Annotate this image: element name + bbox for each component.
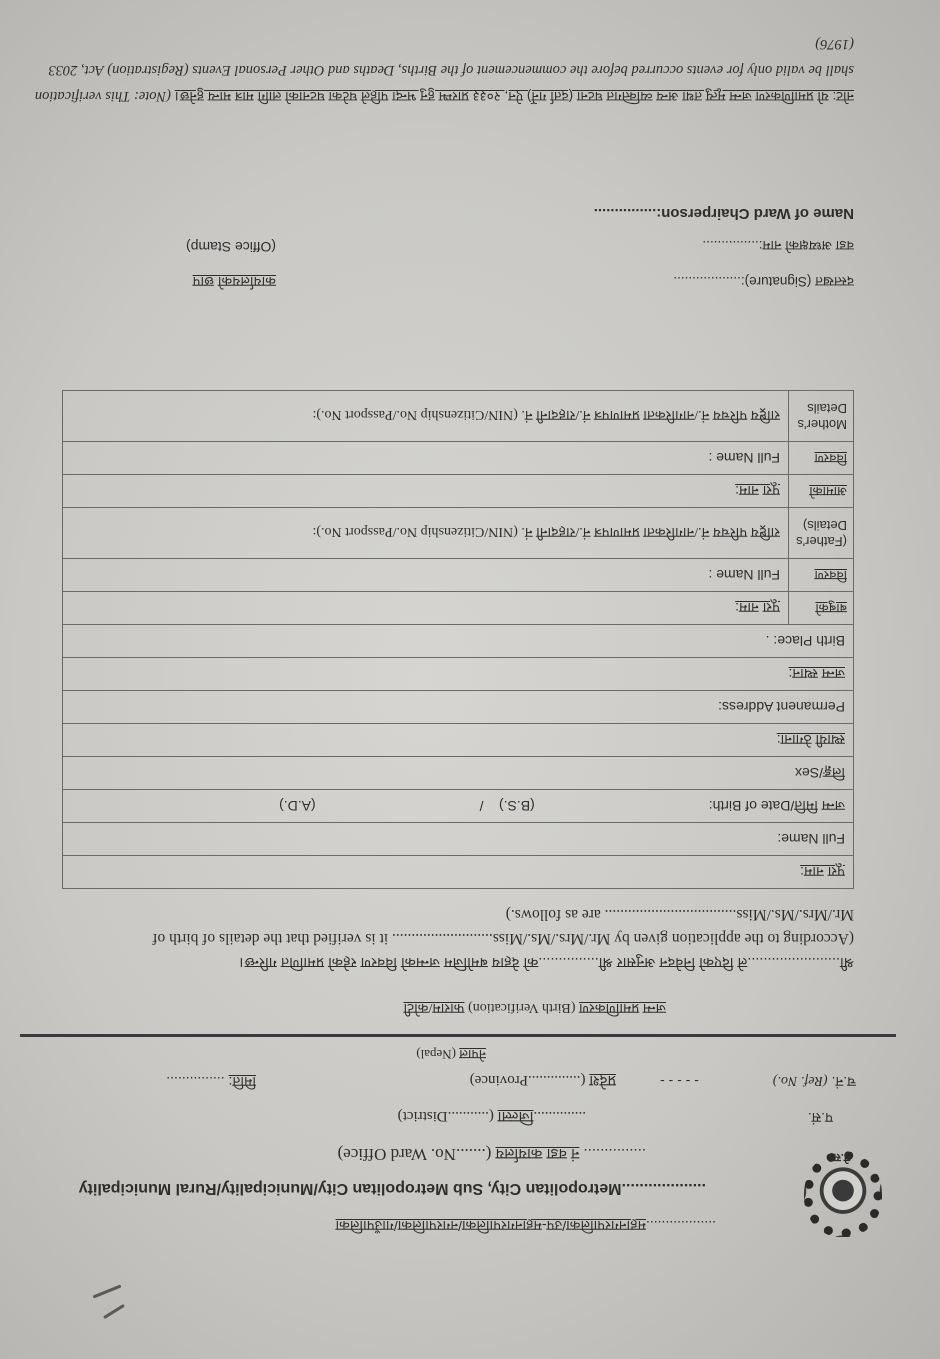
table-row: पूरा नाम: [63,856,854,889]
mother-id-cell: राष्ट्रिय परिचय नं./नागरिकता प्रमाणपत्र … [63,391,789,442]
table-row: विवरण Full Name : [63,442,854,475]
office-stamp-label-np: कार्यालयको छाप [193,272,276,291]
birth-verification-form: ने.स. ..................महानगरपालिका/उप-… [16,0,916,1359]
emblem-label: ने.स. [830,1150,850,1165]
ward-chair-name-np: वडा अध्यक्षको नाम:............... [702,237,854,255]
father-name-en-cell: Full Name : [63,559,789,592]
birth-place-en-cell: Birth Place: . [63,625,854,658]
table-row: लिङ्ग/Sex [63,757,854,790]
date-field: मिति: ............... [166,1072,256,1091]
table-row: Mother's Details राष्ट्रिय परिचय नं./नाग… [63,391,854,442]
table-row: Full Name: [63,823,854,856]
header-divider [20,1034,896,1037]
table-row: (Father's Details) राष्ट्रिय परिचय नं./न… [63,508,854,559]
province-field: प्रदेश (..............Province) [470,1071,616,1091]
father-name-np-cell: पूरा नाम: [63,592,789,625]
table-row: Permanent Address: [63,691,854,724]
form-title: जन्म प्रमाणिकरण (Birth Verification) फार… [403,999,666,1018]
sex-cell: लिङ्ग/Sex [63,757,854,790]
photographed-form: ने.स. ..................महानगरपालिका/उप-… [0,0,940,1359]
birth-details-table: पूरा नाम: Full Name: जन्म मिति/Date of B… [62,390,854,889]
letter-number-label: प.सं. [808,1108,833,1127]
mother-name-en-cell: Full Name : [63,442,789,475]
table-row: आमाको पूरा नाम: [63,475,854,508]
father-side-label-np1: बाबुको [789,592,854,625]
pen-marks [76,1279,136,1319]
statement-np: श्री.......................ले दिएको निवे… [74,950,854,974]
header-ward-office: ............... नं वडा कार्यालय (.......… [338,1144,646,1164]
table-row: बाबुको पूरा नाम: [63,592,854,625]
office-stamp-label-en: (Office Stamp) [186,239,276,255]
full-name-np-cell: पूरा नाम: [63,856,854,889]
permanent-address-np-cell: स्थायी ठेगाना: [63,724,854,757]
ward-chair-name-en: Name of Ward Chairperson:............... [594,205,854,222]
father-side-label-en: (Father's Details) [789,508,854,559]
table-row: जन्म स्थान: [63,658,854,691]
date-of-birth-cell: जन्म मिति/Date of Birth: (B.S.) / (A.D.) [63,790,854,823]
mother-side-label-en: Mother's Details [789,391,854,442]
mother-side-label-np2: विवरण [789,442,854,475]
table-row: विवरण Full Name : [63,559,854,592]
signature-field: दस्तखत (Signature):.................. [673,273,854,291]
mother-side-label-np1: आमाको [789,475,854,508]
permanent-address-en-cell: Permanent Address: [63,691,854,724]
father-id-cell: राष्ट्रिय परिचय नं./नागरिकता प्रमाणपत्र … [63,508,789,559]
full-name-en-cell: Full Name: [63,823,854,856]
country-label: नेपाल (Nepal) [416,1046,486,1064]
district-field: ..............जिल्ला (...........Distric… [398,1107,586,1127]
reference-number-field: च.नं. (Ref. No.) - - - - - [660,1072,856,1091]
note-np: नोट: यो प्रमाणिकरण जन्म मृत्यु तथा अन्य … [175,89,854,104]
birth-place-np-cell: जन्म स्थान: [63,658,854,691]
verification-statement: श्री.......................ले दिएको निवे… [74,902,854,974]
header-local-body-np: ..................महानगरपालिका/उप-महानगर… [336,1216,716,1235]
table-row: जन्म मिति/Date of Birth: (B.S.) / (A.D.) [63,790,854,823]
table-row: Birth Place: . [63,625,854,658]
statement-en: (According to the application given by M… [74,902,854,950]
header-local-body-en: ...................Metropolitan City, Su… [79,1179,706,1197]
table-row: स्थायी ठेगाना: [63,724,854,757]
mother-name-np-cell: पूरा नाम: [63,475,789,508]
father-side-label-np2: विवरण [789,559,854,592]
validity-note: नोट: यो प्रमाणिकरण जन्म मृत्यु तथा अन्य … [34,31,854,109]
